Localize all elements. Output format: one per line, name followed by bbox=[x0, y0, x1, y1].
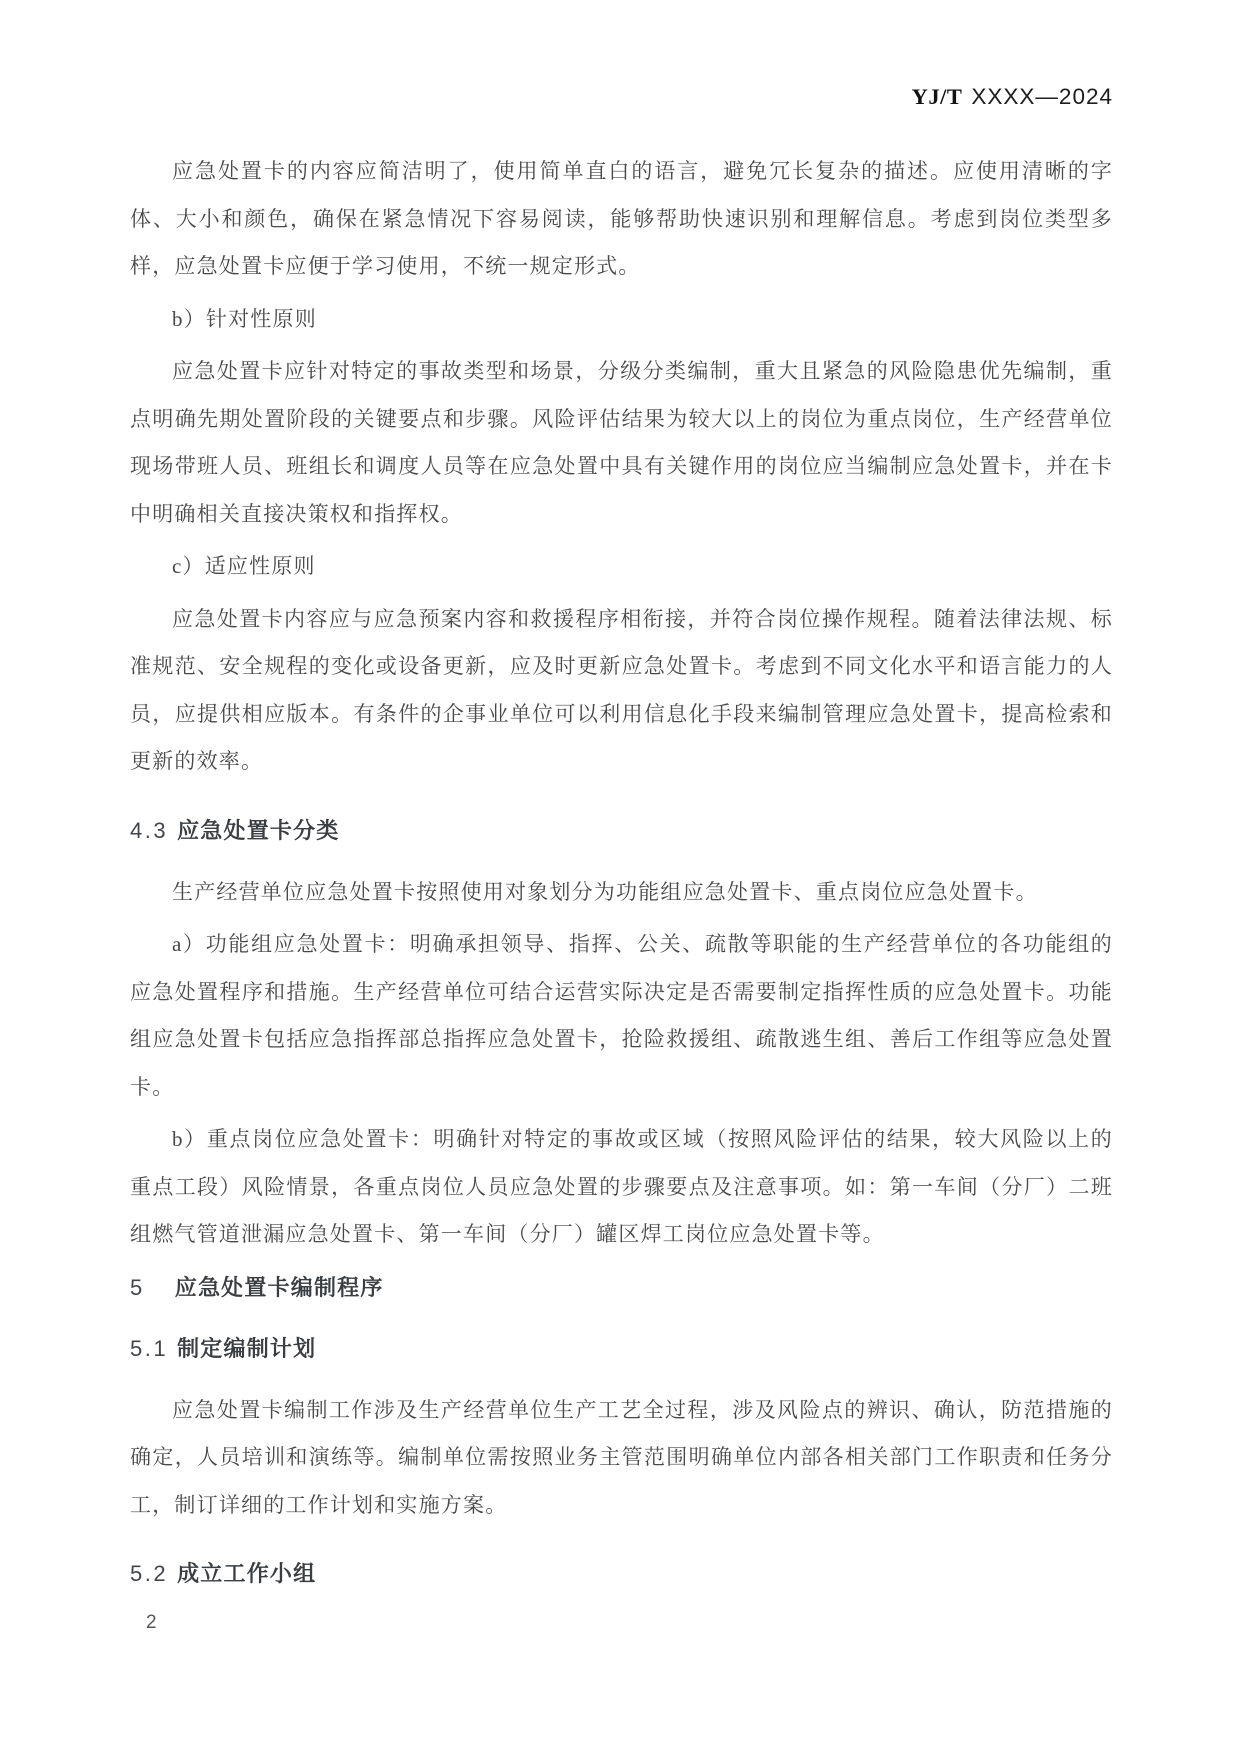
section-number: 5.2 bbox=[130, 1561, 168, 1586]
body-paragraph-adaptability-detail: 应急处置卡内容应与应急预案内容和救援程序相衔接，并符合岗位操作规程。随着法律法规… bbox=[130, 596, 1113, 786]
section-heading-5-1: 5.1制定编制计划 bbox=[130, 1332, 1113, 1365]
section-title: 制定编制计划 bbox=[177, 1336, 316, 1361]
page-number: 2 bbox=[146, 1612, 157, 1634]
chapter-title: 应急处置卡编制程序 bbox=[175, 1275, 384, 1300]
standard-code-prefix: YJ/T bbox=[912, 84, 963, 109]
body-paragraph-classification-intro: 生产经营单位应急处置卡按照使用对象划分为功能组应急处置卡、重点岗位应急处置卡。 bbox=[130, 869, 1113, 917]
running-header: YJ/TXXXX—2024 bbox=[130, 84, 1113, 110]
standard-code-number: XXXX—2024 bbox=[971, 84, 1113, 109]
section-title: 应急处置卡分类 bbox=[177, 818, 339, 843]
section-heading-4-3: 4.3应急处置卡分类 bbox=[130, 814, 1113, 847]
list-item-b-targeting-principle: b）针对性原则 bbox=[130, 296, 1113, 344]
document-page: YJ/TXXXX—2024 应急处置卡的内容应简洁明了，使用简单直白的语言，避免… bbox=[130, 84, 1113, 1590]
body-paragraph-plan-detail: 应急处置卡编制工作涉及生产经营单位生产工艺全过程，涉及风险点的辨识、确认，防范措… bbox=[130, 1387, 1113, 1530]
section-heading-5-2: 5.2成立工作小组 bbox=[130, 1557, 1113, 1590]
body-paragraph-conciseness-principle: 应急处置卡的内容应简洁明了，使用简单直白的语言，避免冗长复杂的描述。应使用清晰的… bbox=[130, 148, 1113, 291]
chapter-number: 5 bbox=[130, 1275, 145, 1300]
list-item-b-key-post-card: b）重点岗位应急处置卡：明确针对特定的事故或区域（按照风险评估的结果，较大风险以… bbox=[130, 1116, 1113, 1259]
section-title: 成立工作小组 bbox=[177, 1561, 316, 1586]
body-paragraph-targeting-detail: 应急处置卡应针对特定的事故类型和场景，分级分类编制，重大且紧急的风险隐患优先编制… bbox=[130, 348, 1113, 538]
chapter-heading-5: 5应急处置卡编制程序 bbox=[130, 1271, 1113, 1304]
list-item-a-functional-group-card: a）功能组应急处置卡：明确承担领导、指挥、公关、疏散等职能的生产经营单位的各功能… bbox=[130, 921, 1113, 1111]
list-item-c-adaptability-principle: c）适应性原则 bbox=[130, 543, 1113, 591]
section-number: 4.3 bbox=[130, 818, 168, 843]
section-number: 5.1 bbox=[130, 1336, 168, 1361]
